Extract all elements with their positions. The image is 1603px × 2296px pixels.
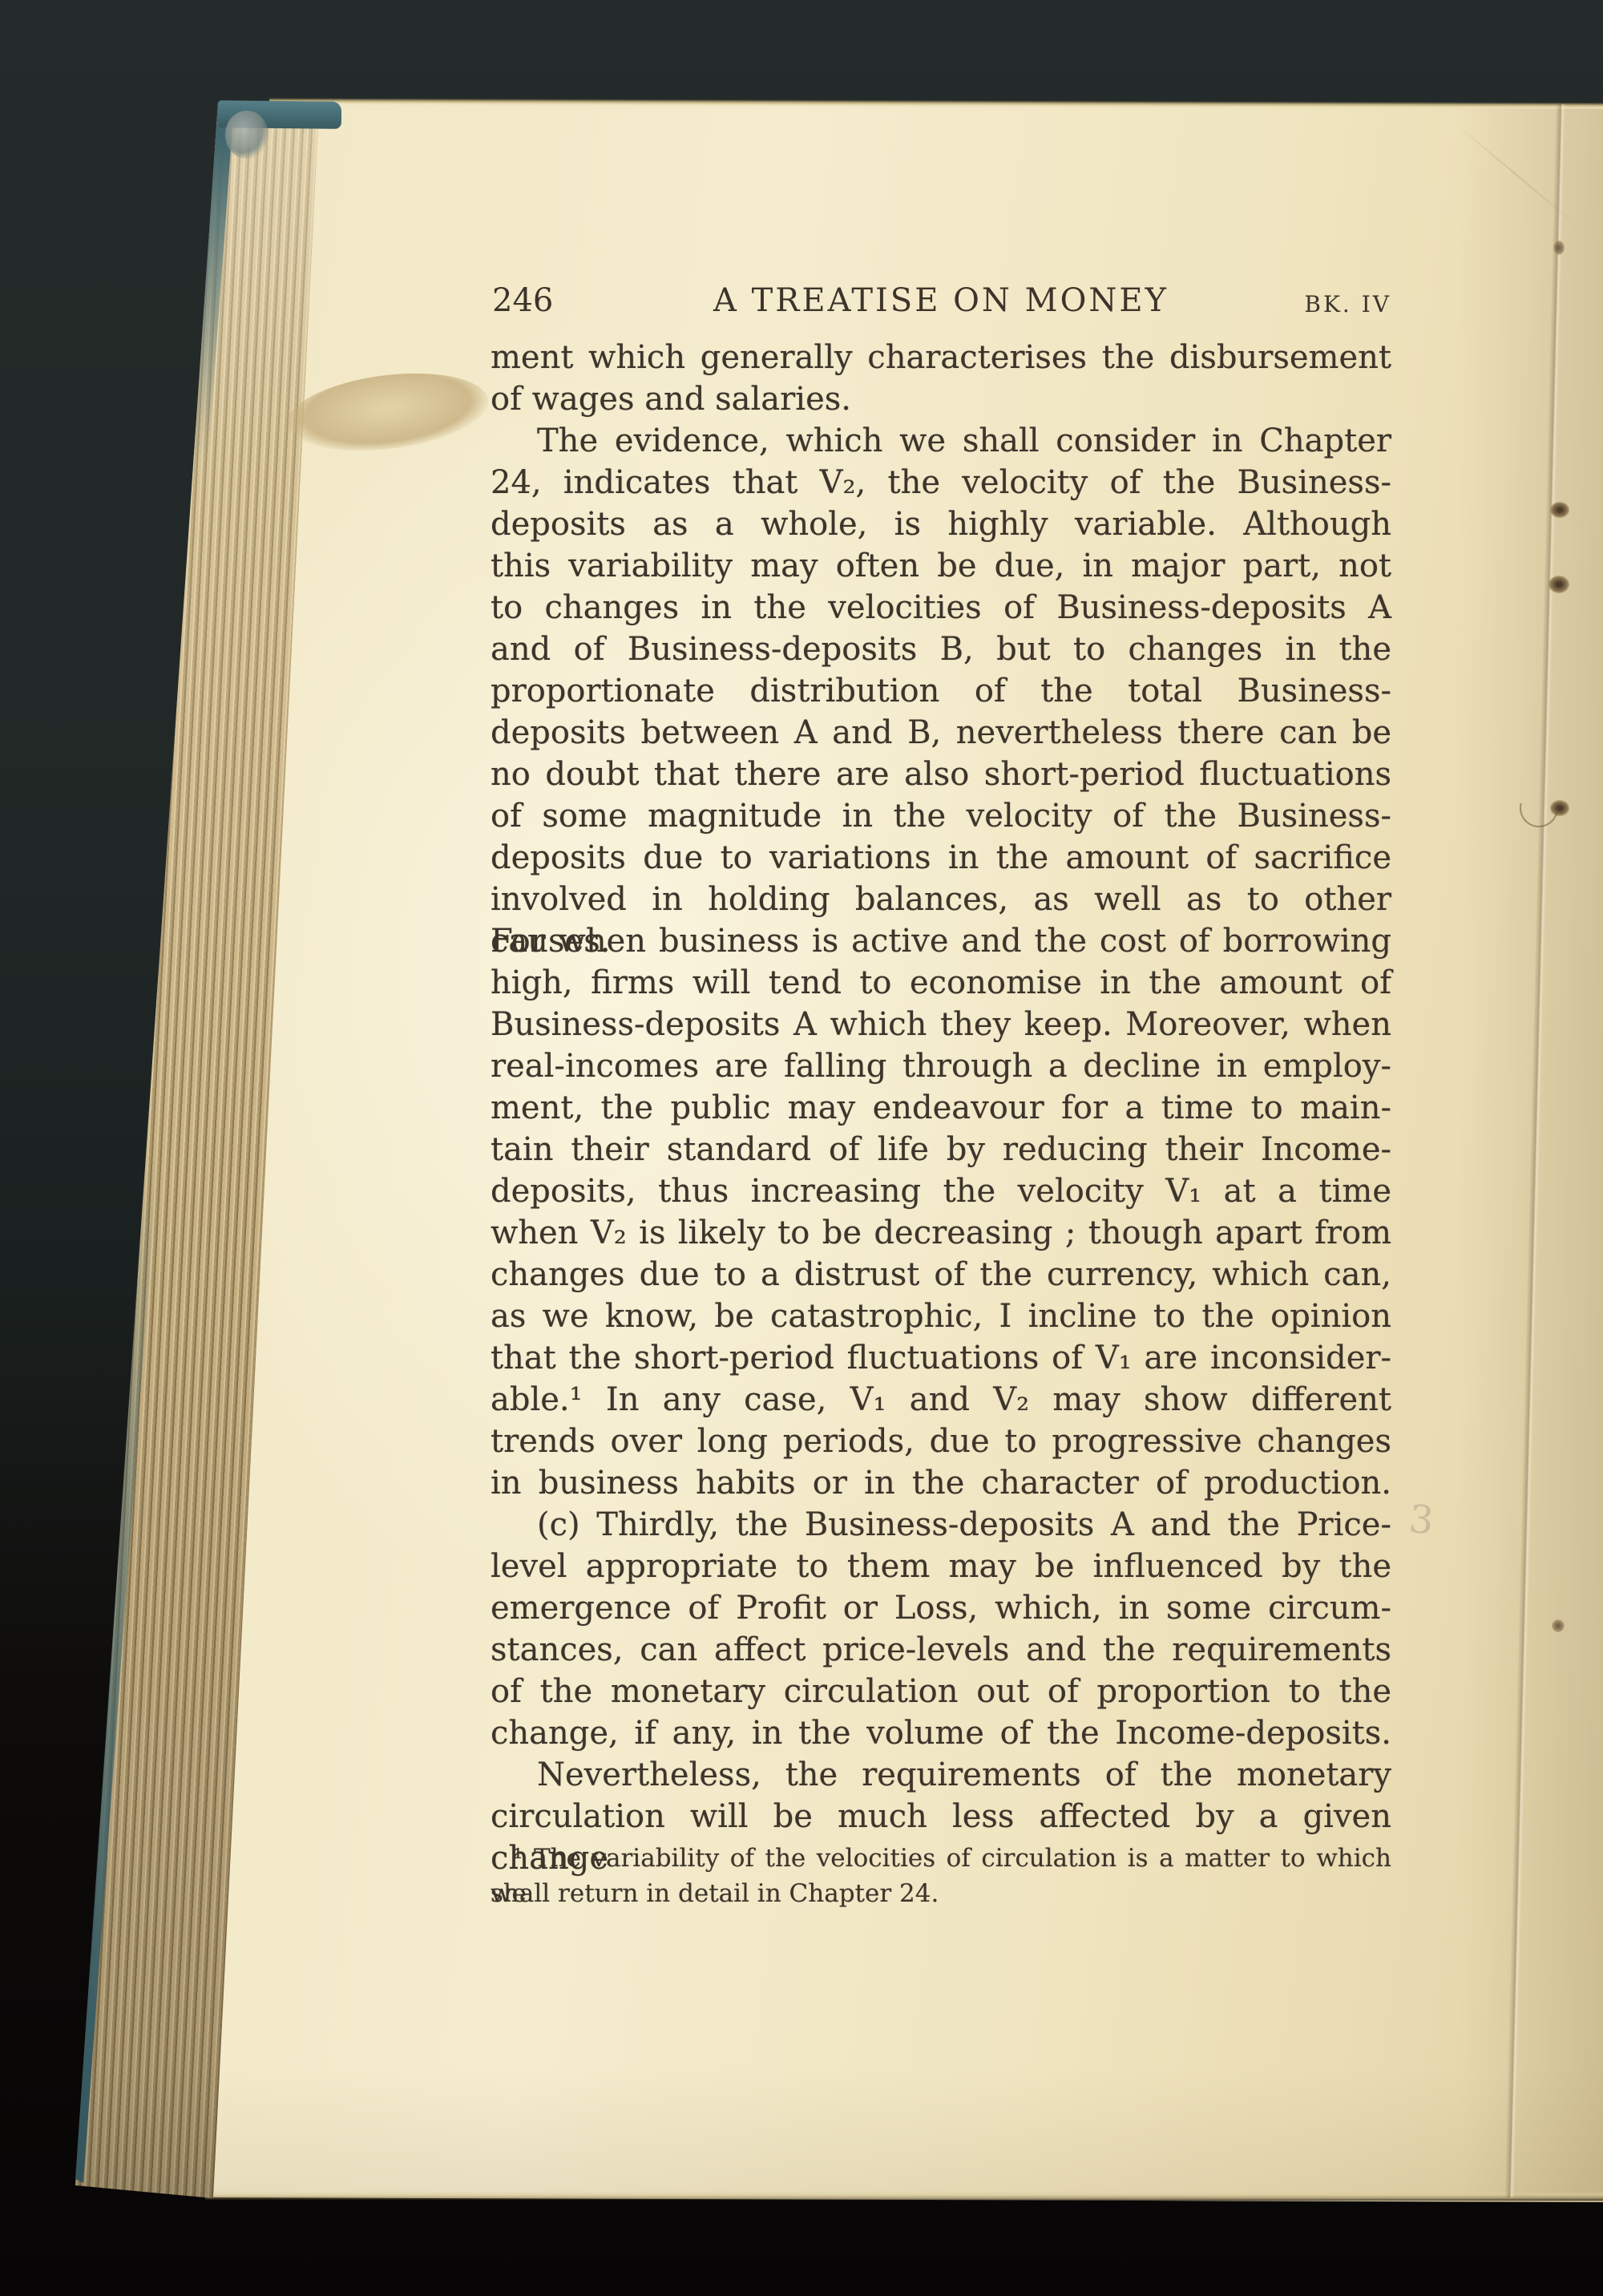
text-line: ment, the public may endeavour for a tim…	[491, 1087, 1391, 1129]
text-line: when V₂ is likely to be decreasing ; tho…	[491, 1212, 1391, 1254]
book-label: BK. IV	[1304, 291, 1391, 317]
text-line: and of Business-deposits B, but to chang…	[491, 629, 1391, 670]
book-page-photo: 3 246 A TREATISE ON MONEY BK. IV ment wh…	[0, 0, 1603, 2296]
text-line: Nevertheless, the requirements of the mo…	[491, 1754, 1391, 1796]
stitch-hole	[1553, 241, 1565, 255]
body-text: ment which generally characterises the d…	[491, 337, 1391, 1837]
text-line: Business-deposits A which they keep. Mor…	[491, 1004, 1391, 1045]
text-line: emergence of Profit or Loss, which, in s…	[491, 1587, 1391, 1629]
text-line: high, firms will tend to economise in th…	[491, 962, 1391, 1004]
text-line: deposits, thus increasing the velocity V…	[491, 1170, 1391, 1212]
text-line: deposits due to variations in the amount…	[491, 837, 1391, 879]
text-line: of wages and salaries.	[491, 378, 1391, 420]
text-line: as we know, be catastrophic, I incline t…	[491, 1296, 1391, 1337]
footnote-line: ¹ The variability of the velocities of c…	[491, 1841, 1391, 1876]
stitch-hole	[1550, 502, 1569, 518]
text-line: 24, indicates that V₂, the velocity of t…	[491, 462, 1391, 503]
text-line: no doubt that there are also short-perio…	[491, 754, 1391, 795]
text-line: (c) Thirdly, the Business-deposits A and…	[491, 1504, 1391, 1546]
text-line: this variability may often be due, in ma…	[491, 545, 1391, 587]
text-line: deposits between A and B, nevertheless t…	[491, 712, 1391, 754]
text-line: ment which generally characterises the d…	[491, 337, 1391, 378]
running-header: 246 A TREATISE ON MONEY BK. IV	[491, 282, 1391, 321]
text-line: circulation will be much less affected b…	[491, 1796, 1391, 1837]
text-line: stances, can affect price-levels and the…	[491, 1629, 1391, 1671]
text-line: that the short-period fluctuations of V₁…	[491, 1337, 1391, 1379]
footnote-line: shall return in detail in Chapter 24.	[491, 1876, 1391, 1911]
text-line: proportionate distribution of the total …	[491, 670, 1391, 712]
text-line: deposits as a whole, is highly variable.…	[491, 503, 1391, 545]
text-line: For when business is active and the cost…	[491, 920, 1391, 962]
running-title: A TREATISE ON MONEY	[713, 282, 1169, 319]
text-line: involved in holding balances, as well as…	[491, 879, 1391, 920]
text-line: changes due to a distrust of the currenc…	[491, 1254, 1391, 1296]
text-line: level appropriate to them may be influen…	[491, 1546, 1391, 1587]
text-line: in business habits or in the character o…	[491, 1462, 1391, 1504]
stitch-hole	[1548, 576, 1569, 593]
text-line: change, if any, in the volume of the Inc…	[491, 1712, 1391, 1754]
text-line: able.¹ In any case, V₁ and V₂ may show d…	[491, 1379, 1391, 1421]
pencil-mark: 3	[1407, 1500, 1435, 1541]
footnote: ¹ The variability of the velocities of c…	[491, 1841, 1391, 1911]
stitch-hole	[1552, 1619, 1565, 1632]
page-number: 246	[492, 282, 553, 319]
text-line: of the monetary circulation out of propo…	[491, 1671, 1391, 1712]
text-line: of some magnitude in the velocity of the…	[491, 795, 1391, 837]
text-line: trends over long periods, due to progres…	[491, 1421, 1391, 1462]
page-bottom-edge-highlight	[205, 2191, 1603, 2201]
text-line: to changes in the velocities of Business…	[491, 587, 1391, 629]
text-line: The evidence, which we shall consider in…	[491, 420, 1391, 462]
text-line: tain their standard of life by reducing …	[491, 1129, 1391, 1170]
frayed-thread	[225, 111, 269, 159]
text-line: real-incomes are falling through a decli…	[491, 1045, 1391, 1087]
